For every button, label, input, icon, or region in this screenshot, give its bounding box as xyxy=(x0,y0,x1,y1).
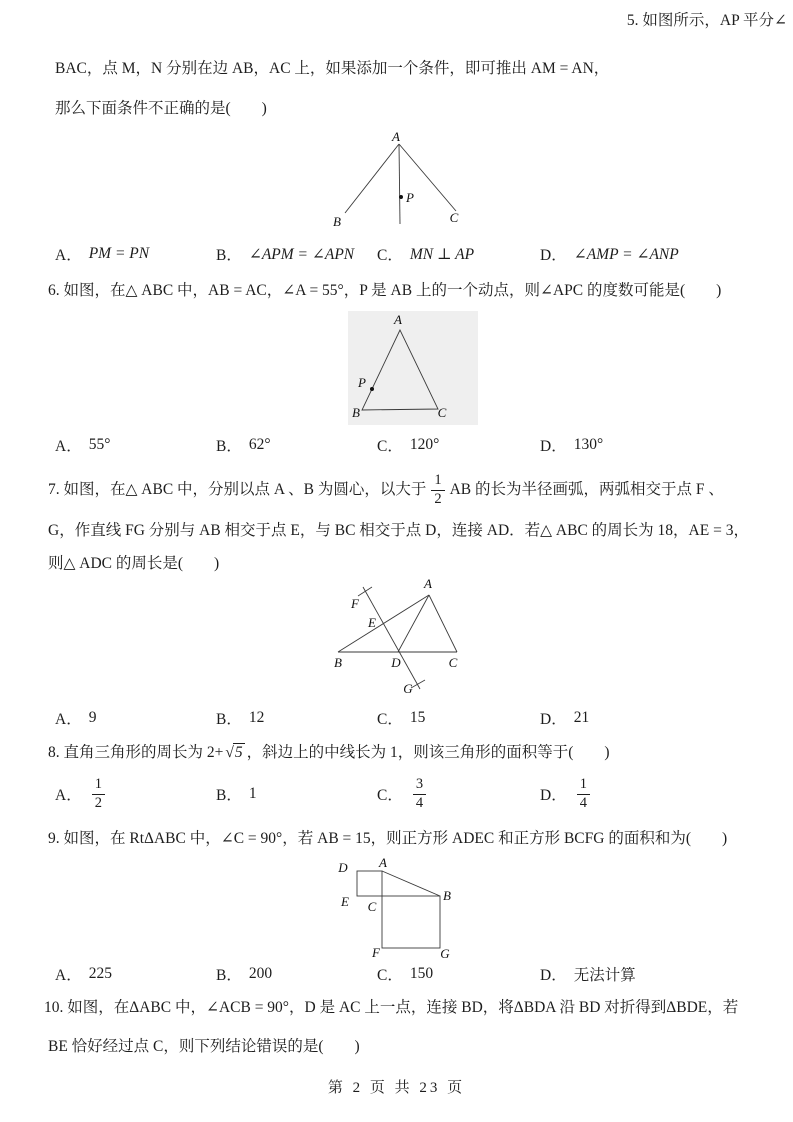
label-d: D xyxy=(337,860,348,875)
q6-option-a: A．55° xyxy=(55,434,110,456)
q7-stem-line1: 7. 如图，在△ ABC 中，分别以点 A 、B 为圆心，以大于 1 2 AB … xyxy=(48,470,724,510)
fraction-denominator: 4 xyxy=(413,794,426,811)
q9-option-b: B．200 xyxy=(216,963,272,985)
q8-stem: 8. 直角三角形的周长为 2+ √5 ，斜边上的中线长为 1，则该三角形的面积等… xyxy=(48,742,610,764)
segment-ad xyxy=(398,595,429,652)
square-bcfg xyxy=(382,896,440,948)
option-value: PM = PN xyxy=(89,245,149,263)
fraction-numerator: 3 xyxy=(413,777,426,793)
option-label: B． xyxy=(216,963,242,985)
document-page: 5. 如图所示，AP 平分∠ BAC，点 M，N 分别在边 AB，AC 上，如果… xyxy=(0,0,793,1122)
q6-figure: A B C P xyxy=(348,311,478,425)
option-label: B． xyxy=(216,783,242,805)
label-c: C xyxy=(438,405,447,420)
label-a: A xyxy=(423,576,432,591)
q7-stem-line3: 则△ ADC 的周长是( ) xyxy=(48,553,219,575)
option-label: C． xyxy=(377,243,403,265)
option-label: B． xyxy=(216,243,242,265)
q9-option-a: A．225 xyxy=(55,963,112,985)
q8-stem-pre: 8. 直角三角形的周长为 2+ xyxy=(48,742,223,764)
segment-ab xyxy=(345,144,399,213)
fraction-denominator: 4 xyxy=(577,794,590,811)
option-value: 12 xyxy=(249,709,265,727)
sqrt-5: √5 xyxy=(225,742,244,764)
label-b: B xyxy=(352,405,360,420)
q5-stem-line3: 那么下面条件不正确的是( ) xyxy=(55,98,267,120)
q8-option-b: B． 1 xyxy=(216,772,257,816)
option-value: 15 xyxy=(410,709,426,727)
option-value: 21 xyxy=(574,709,590,727)
label-b: B xyxy=(334,655,342,670)
q5-option-a: A．PM = PN xyxy=(55,243,149,265)
fraction-three-quarters: 34 xyxy=(413,777,426,810)
q7-stem-line2: G，作直线 FG 分别与 AB 相交于点 E，与 BC 相交于点 D，连接 AD… xyxy=(48,520,749,542)
label-c: C xyxy=(368,899,377,914)
q5-option-c: C．MN ⊥ AP xyxy=(377,243,474,265)
q7-option-b: B．12 xyxy=(216,707,264,729)
label-f: F xyxy=(350,596,360,611)
q6-option-c: C．120° xyxy=(377,434,439,456)
option-label: C． xyxy=(377,434,403,456)
q8-stem-post: ，斜边上的中线长为 1，则该三角形的面积等于( ) xyxy=(247,742,610,764)
q8-option-c: C． 34 xyxy=(377,772,429,816)
q9-options-row: A．225 B．200 C．150 D．无法计算 xyxy=(0,963,793,989)
fraction-denominator: 2 xyxy=(92,794,105,811)
option-label: A． xyxy=(55,707,82,729)
option-value: ∠AMP = ∠ANP xyxy=(574,245,679,264)
q9-figure: D A E C B F G xyxy=(328,856,468,966)
q7-options-row: A．9 B．12 C．15 D．21 xyxy=(0,707,793,733)
q5-options-row: A．PM = PN B．∠APM = ∠APN C．MN ⊥ AP D．∠AMP… xyxy=(0,243,793,269)
option-label: D． xyxy=(540,243,567,265)
option-label: A． xyxy=(55,783,82,805)
q8-options-row: A． 12 B． 1 C． 34 D． 14 xyxy=(0,772,793,816)
option-label: C． xyxy=(377,707,403,729)
option-value: 120° xyxy=(410,436,439,454)
option-value: 225 xyxy=(89,965,112,983)
arc-tick-g xyxy=(411,680,425,688)
label-p: P xyxy=(357,375,366,390)
segment-ac xyxy=(429,595,457,652)
q6-stem: 6. 如图，在△ ABC 中，AB = AC，∠A = 55°，P 是 AB 上… xyxy=(48,280,721,302)
fraction-numerator: 1 xyxy=(92,777,105,793)
option-label: D． xyxy=(540,963,567,985)
fraction-one-quarter: 14 xyxy=(577,777,590,810)
q7-line1-pre: 7. 如图，在△ ABC 中，分别以点 A 、B 为圆心，以大于 xyxy=(48,479,426,501)
label-a: A xyxy=(391,129,400,144)
q10-stem-line2: BE 恰好经过点 C，则下列结论错误的是( ) xyxy=(48,1036,360,1058)
point-p-dot xyxy=(399,195,403,199)
option-value: 9 xyxy=(89,709,97,727)
option-value: ∠APM = ∠APN xyxy=(249,245,354,264)
q7-option-a: A．9 xyxy=(55,707,96,729)
option-label: D． xyxy=(540,783,567,805)
q6-options-row: A．55° B．62° C．120° D．130° xyxy=(0,434,793,460)
q5-option-b: B．∠APM = ∠APN xyxy=(216,243,354,265)
option-value: 150 xyxy=(410,965,433,983)
option-value: 55° xyxy=(89,436,111,454)
fraction-one-half: 12 xyxy=(92,777,105,810)
option-value: 200 xyxy=(249,965,272,983)
option-label: A． xyxy=(55,963,82,985)
label-c: C xyxy=(450,210,459,225)
fraction-one-half: 1 2 xyxy=(431,473,444,506)
q7-option-d: D．21 xyxy=(540,707,589,729)
q6-option-d: D．130° xyxy=(540,434,603,456)
page-number-footer: 第 2 页 共 23 页 xyxy=(0,1076,793,1097)
label-g: G xyxy=(403,681,413,696)
label-b: B xyxy=(443,888,451,903)
option-label: D． xyxy=(540,707,567,729)
q5-stem-line2: BAC，点 M，N 分别在边 AB，AC 上，如果添加一个条件，即可推出 AM … xyxy=(55,58,609,80)
fraction-numerator: 1 xyxy=(431,473,444,489)
label-e: E xyxy=(367,615,376,630)
option-value: 1 xyxy=(249,785,257,803)
option-value: 62° xyxy=(249,436,271,454)
label-d: D xyxy=(390,655,401,670)
fraction-numerator: 1 xyxy=(577,777,590,793)
label-e: E xyxy=(340,894,349,909)
q7-option-c: C．15 xyxy=(377,707,425,729)
option-value: 无法计算 xyxy=(574,963,636,985)
option-label: C． xyxy=(377,963,403,985)
option-value: 130° xyxy=(574,436,603,454)
q7-figure: A B C D E F G xyxy=(323,576,473,698)
radicand: 5 xyxy=(233,743,245,761)
segment-ab xyxy=(382,871,440,896)
label-f: F xyxy=(371,945,381,960)
option-label: C． xyxy=(377,783,403,805)
q6-option-b: B．62° xyxy=(216,434,271,456)
option-label: D． xyxy=(540,434,567,456)
label-a: A xyxy=(378,855,387,870)
q5-option-d: D．∠AMP = ∠ANP xyxy=(540,243,679,265)
fraction-denominator: 2 xyxy=(431,490,444,507)
q9-option-c: C．150 xyxy=(377,963,433,985)
segment-ap xyxy=(399,144,400,224)
label-a: A xyxy=(393,312,402,327)
arc-tick-f xyxy=(358,587,372,596)
q5-stem-line1: 5. 如图所示，AP 平分∠ xyxy=(627,10,787,32)
figure-background xyxy=(348,311,478,425)
line-fg xyxy=(363,587,420,689)
q9-stem: 9. 如图，在 RtΔABC 中，∠C = 90°，若 AB = 15，则正方形… xyxy=(48,828,727,850)
label-b: B xyxy=(333,214,341,229)
q10-stem-line1: 10. 如图，在ΔABC 中，∠ACB = 90°，D 是 AC 上一点，连接 … xyxy=(44,997,738,1019)
point-p-dot xyxy=(370,387,374,391)
q9-option-d: D．无法计算 xyxy=(540,963,636,985)
q5-figure: A B C P xyxy=(288,128,513,232)
q8-option-a: A． 12 xyxy=(55,772,108,816)
option-label: A． xyxy=(55,434,82,456)
q8-option-d: D． 14 xyxy=(540,772,593,816)
square-adec xyxy=(357,871,382,896)
option-label: B． xyxy=(216,707,242,729)
option-value: MN ⊥ AP xyxy=(410,245,474,264)
label-p: P xyxy=(405,190,414,205)
option-label: B． xyxy=(216,434,242,456)
label-c: C xyxy=(449,655,458,670)
label-g: G xyxy=(440,946,450,961)
option-label: A． xyxy=(55,243,82,265)
q7-line1-post: AB 的长为半径画弧，两弧相交于点 F 、 xyxy=(450,479,724,501)
